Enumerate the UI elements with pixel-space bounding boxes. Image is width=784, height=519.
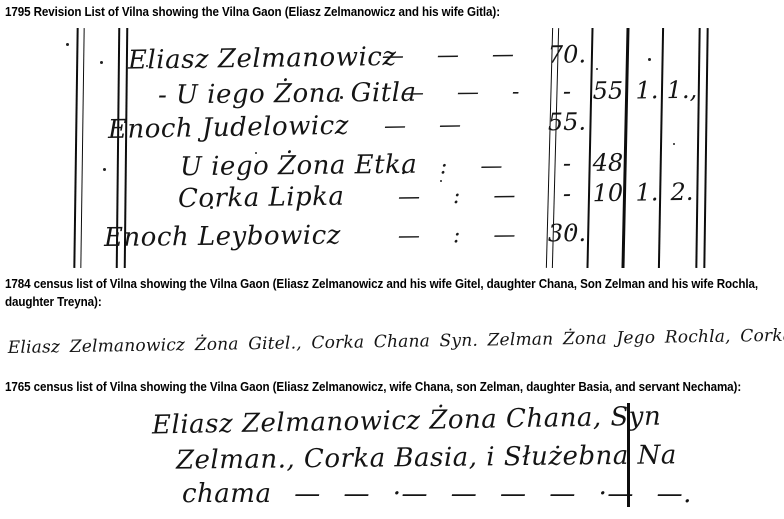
manuscript-dashes: . : — — [400, 154, 503, 180]
scan-speckle — [596, 68, 598, 70]
manuscript-name: - U iego Żona Gitla — [158, 78, 417, 111]
scan-speckle — [66, 43, 69, 46]
manuscript-name: Corka Lipka — [178, 182, 345, 214]
manuscript-name: U iego Żona Etka — [180, 150, 418, 182]
manuscript-count — [663, 106, 701, 107]
manuscript-count: 1., — [663, 76, 701, 104]
manuscript-age: - — [546, 179, 588, 208]
manuscript-name: Eliasz Zelmanowicz — [128, 42, 397, 76]
manuscript-count: 2. — [663, 178, 701, 207]
manuscript-age: 10 — [591, 179, 625, 207]
heading-1795-revision-list: 1795 Revision List of Vilna showing the … — [5, 5, 500, 19]
manuscript-count — [663, 39, 701, 40]
manuscript-name: Enoch Leybowicz — [104, 221, 341, 253]
manuscript-dashes: — — - — [402, 80, 520, 106]
table-row: Enoch Leybowicz — : — 30. — [0, 216, 784, 260]
document-page: 1795 Revision List of Vilna showing the … — [0, 0, 784, 519]
scan-speckle — [673, 143, 675, 145]
manuscript-age: 70. — [546, 40, 588, 69]
manuscript-count: 1. — [633, 76, 661, 104]
scan-speckle — [570, 228, 573, 231]
scan-speckle — [210, 206, 213, 209]
scan-speckle — [648, 58, 651, 61]
heading-1784-census-line2: daughter Treyna): — [5, 295, 102, 309]
scan-speckle — [103, 168, 106, 171]
scan-speckle — [146, 65, 148, 67]
manuscript-dashes: — — — [384, 113, 461, 139]
manuscript-age: 55 — [591, 77, 625, 105]
manuscript-dashes: — : — — [398, 223, 516, 249]
manuscript-line: Eliasz Zelmanowicz Żona Chana, Syn — [152, 402, 662, 441]
scan-speckle — [440, 180, 442, 182]
heading-1784-census-line1: 1784 census list of Vilna showing the Vi… — [5, 277, 758, 291]
manuscript-age: - — [546, 149, 588, 177]
manuscript-dashes: — : — — [398, 183, 516, 210]
heading-1765-census: 1765 census list of Vilna showing the Vi… — [5, 380, 741, 394]
manuscript-dashes: — — — — [382, 42, 514, 69]
manuscript-age — [591, 107, 625, 108]
scan-speckle — [255, 152, 257, 154]
scan-speckle — [340, 96, 343, 99]
manuscript-age: 30. — [546, 219, 588, 247]
manuscript-age: 55. — [546, 108, 588, 137]
scan-1795-revision-table: Eliasz Zelmanowicz — — — 70. - U iego Żo… — [0, 28, 784, 269]
manuscript-age: 48 — [591, 149, 625, 177]
manuscript-count: 1. — [633, 178, 661, 206]
manuscript-line: Zelman., Corka Basia, i Służebna Na — [176, 440, 677, 475]
manuscript-name: Enoch Judelowicz — [108, 111, 349, 145]
manuscript-1784-census-line: Eliasz Zelmanowicz Żona Gitel., Corka Ch… — [8, 326, 780, 358]
manuscript-margin-rule — [627, 403, 630, 507]
manuscript-line: chama — — ·— — — — ·— —. — [182, 479, 692, 509]
scan-speckle — [100, 61, 103, 64]
manuscript-age: - — [546, 77, 588, 105]
